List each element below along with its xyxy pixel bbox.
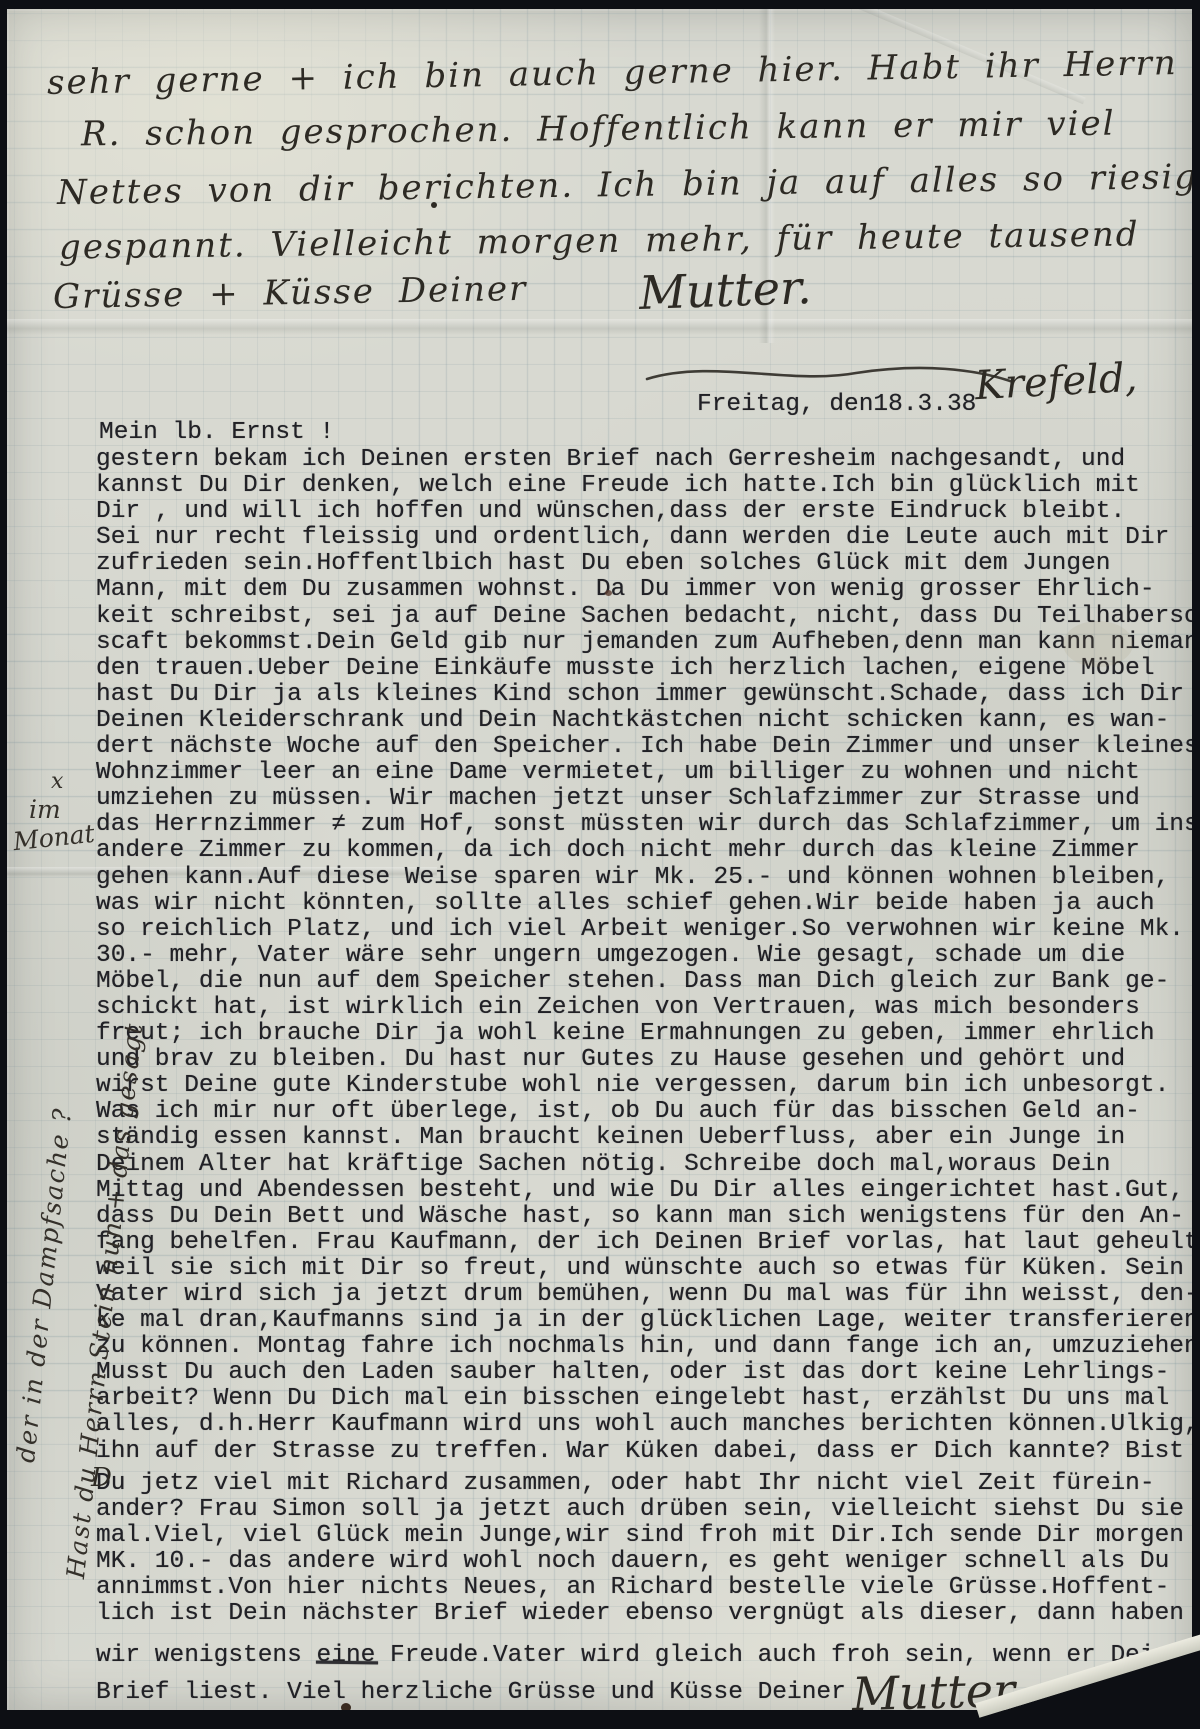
salutation: Mein lb. Ernst ! [99, 419, 334, 446]
typed-line: ander? Frau Simon soll ja jetzt auch drü… [96, 1497, 1200, 1523]
typed-line: weil sie sich mit Dir so freut, und wüns… [96, 1256, 1200, 1282]
typed-line: keit schreibst, sei ja auf Deine Sachen … [96, 604, 1200, 630]
typed-line: MK. 10.- das andere wird wohl noch dauer… [96, 1549, 1200, 1575]
typed-line: das Herrnzimmer ≠ zum Hof, sonst müssten… [96, 812, 1200, 838]
typed-line: Mittag und Abendessen besteht, und wie D… [96, 1178, 1200, 1204]
typed-line: andere Zimmer zu kommen, da ich doch nic… [96, 838, 1200, 864]
typed-line: Deinen Kleiderschrank und Dein Nachtkäst… [96, 708, 1200, 734]
typed-line: Dir , und will ich hoffen und wünschen,d… [96, 499, 1200, 525]
typed-line: Vater wird sich ja jetzt drum bemühen, w… [96, 1282, 1200, 1308]
typed-line: Musst Du auch den Laden sauber halten, o… [96, 1360, 1200, 1386]
typed-line: dert nächste Woche auf den Speicher. Ich… [96, 734, 1200, 760]
typed-line: und brav zu bleiben. Du hast nur Gutes z… [96, 1047, 1200, 1073]
typed-line: hast Du Dir ja als kleines Kind schon im… [96, 682, 1200, 708]
typed-line: Mann, mit dem Du zusammen wohnst. Da Du … [96, 577, 1200, 603]
typed-line: kannst Du Dir denken, welch eine Freude … [96, 473, 1200, 499]
typed-line: Deinem Alter hat kräftige Sachen nötig. … [96, 1152, 1200, 1178]
handwritten-line: Nettes von dir berichten. Ich bin ja auf… [57, 157, 1199, 213]
typed-line: Wohnzimmer leer an eine Dame vermietet, … [96, 760, 1200, 786]
typed-line: freut; ich brauche Dir ja wohl keine Erm… [96, 1021, 1200, 1047]
handwritten-signature-bottom: Mutter. [851, 1663, 1025, 1721]
typed-line: mal.Viel, viel Glück mein Junge,wir sind… [96, 1523, 1200, 1549]
typed-line: so reichlich Platz, und ich viel Arbeit … [96, 917, 1200, 943]
typed-line: arbeit? Wenn Du Dich mal ein bisschen ei… [96, 1386, 1200, 1412]
handwritten-line: sehr gerne + ich bin auch gerne hier. Ha… [47, 43, 1178, 103]
horizontal-fold-crease [7, 319, 1192, 335]
handwritten-line: Grüsse + Küsse Deiner [53, 269, 528, 317]
typed-line: ständig essen kannst. Man braucht keinen… [96, 1125, 1200, 1151]
margin-note-im: im [29, 795, 61, 824]
letter-paper: sehr gerne + ich bin auch gerne hier. Ha… [7, 9, 1192, 1710]
typed-line: dass Du Dein Bett und Wäsche hast, so ka… [96, 1204, 1200, 1230]
typed-line: wir wenigstens eine Freude.Vater wird gl… [96, 1637, 1200, 1674]
typed-line: zufrieden sein.Hoffentlbich hast Du eben… [96, 551, 1200, 577]
handwritten-place: Krefeld, [974, 355, 1138, 409]
margin-note-vertical-outer: der in der Dampfsache ? [11, 1106, 77, 1464]
pen-underline-eine [316, 1661, 378, 1665]
typed-line: schickt hat, ist wirklich ein Zeichen vo… [96, 995, 1200, 1021]
typed-line: wirst Deine gute Kinderstube wohl nie ve… [96, 1073, 1200, 1099]
typed-line: ke mal dran,Kaufmanns sind ja in der glü… [96, 1308, 1200, 1334]
typed-line: gehen kann.Auf diese Weise sparen wir Mk… [96, 865, 1200, 891]
typed-line: scaft bekommst.Dein Geld gib nur jemande… [96, 630, 1200, 656]
typed-line: Möbel, die nun auf dem Speicher stehen. … [96, 969, 1200, 995]
typed-line: fang behelfen. Frau Kaufmann, der ich De… [96, 1230, 1200, 1256]
typed-line: zu können. Montag fahre ich nochmals hin… [96, 1334, 1200, 1360]
typed-line: annimmst.Von hier nichts Neues, an Richa… [96, 1575, 1200, 1601]
typed-line: alles, d.h.Herr Kaufmann wird uns wohl a… [96, 1412, 1200, 1438]
handwritten-signature-top: Mutter. [638, 260, 812, 320]
typed-line: Was ich mir nur oft überlege, ist, ob Du… [96, 1099, 1200, 1125]
handwritten-line: R. schon gesprochen. Hoffentlich kann er… [81, 104, 1116, 155]
handwritten-line: gespannt. Vielleicht morgen mehr, für he… [59, 214, 1140, 267]
typed-line: gestern bekam ich Deinen ersten Brief na… [96, 447, 1200, 473]
typed-line: ihn auf der Strasse zu treffen. War Küke… [96, 1439, 1200, 1465]
date-line: Freitag, den18.3.38 [697, 391, 976, 418]
scanned-letter-page: sehr gerne + ich bin auch gerne hier. Ha… [0, 0, 1200, 1729]
typed-line: Du jetz viel mit Richard zusammen, oder … [96, 1471, 1200, 1497]
typed-line: was wir nicht könnten, sollte alles schi… [96, 891, 1200, 917]
typed-line: den trauen.Ueber Deine Einkäufe musste i… [96, 656, 1200, 682]
typed-line: Sei nur recht fleissig und ordentlich, d… [96, 525, 1200, 551]
typed-line: lich ist Dein nächster Brief wieder eben… [96, 1601, 1200, 1627]
typed-line: umziehen zu müssen. Wir machen jetzt uns… [96, 786, 1200, 812]
margin-note-monat: Monat [12, 819, 96, 856]
pen-flourish [641, 355, 1021, 395]
typed-line: 30.- mehr, Vater wäre sehr ungern umgezo… [96, 943, 1200, 969]
margin-note-cross: x [51, 769, 63, 794]
typed-letter-body: gestern bekam ich Deinen ersten Brief na… [96, 447, 1200, 1711]
